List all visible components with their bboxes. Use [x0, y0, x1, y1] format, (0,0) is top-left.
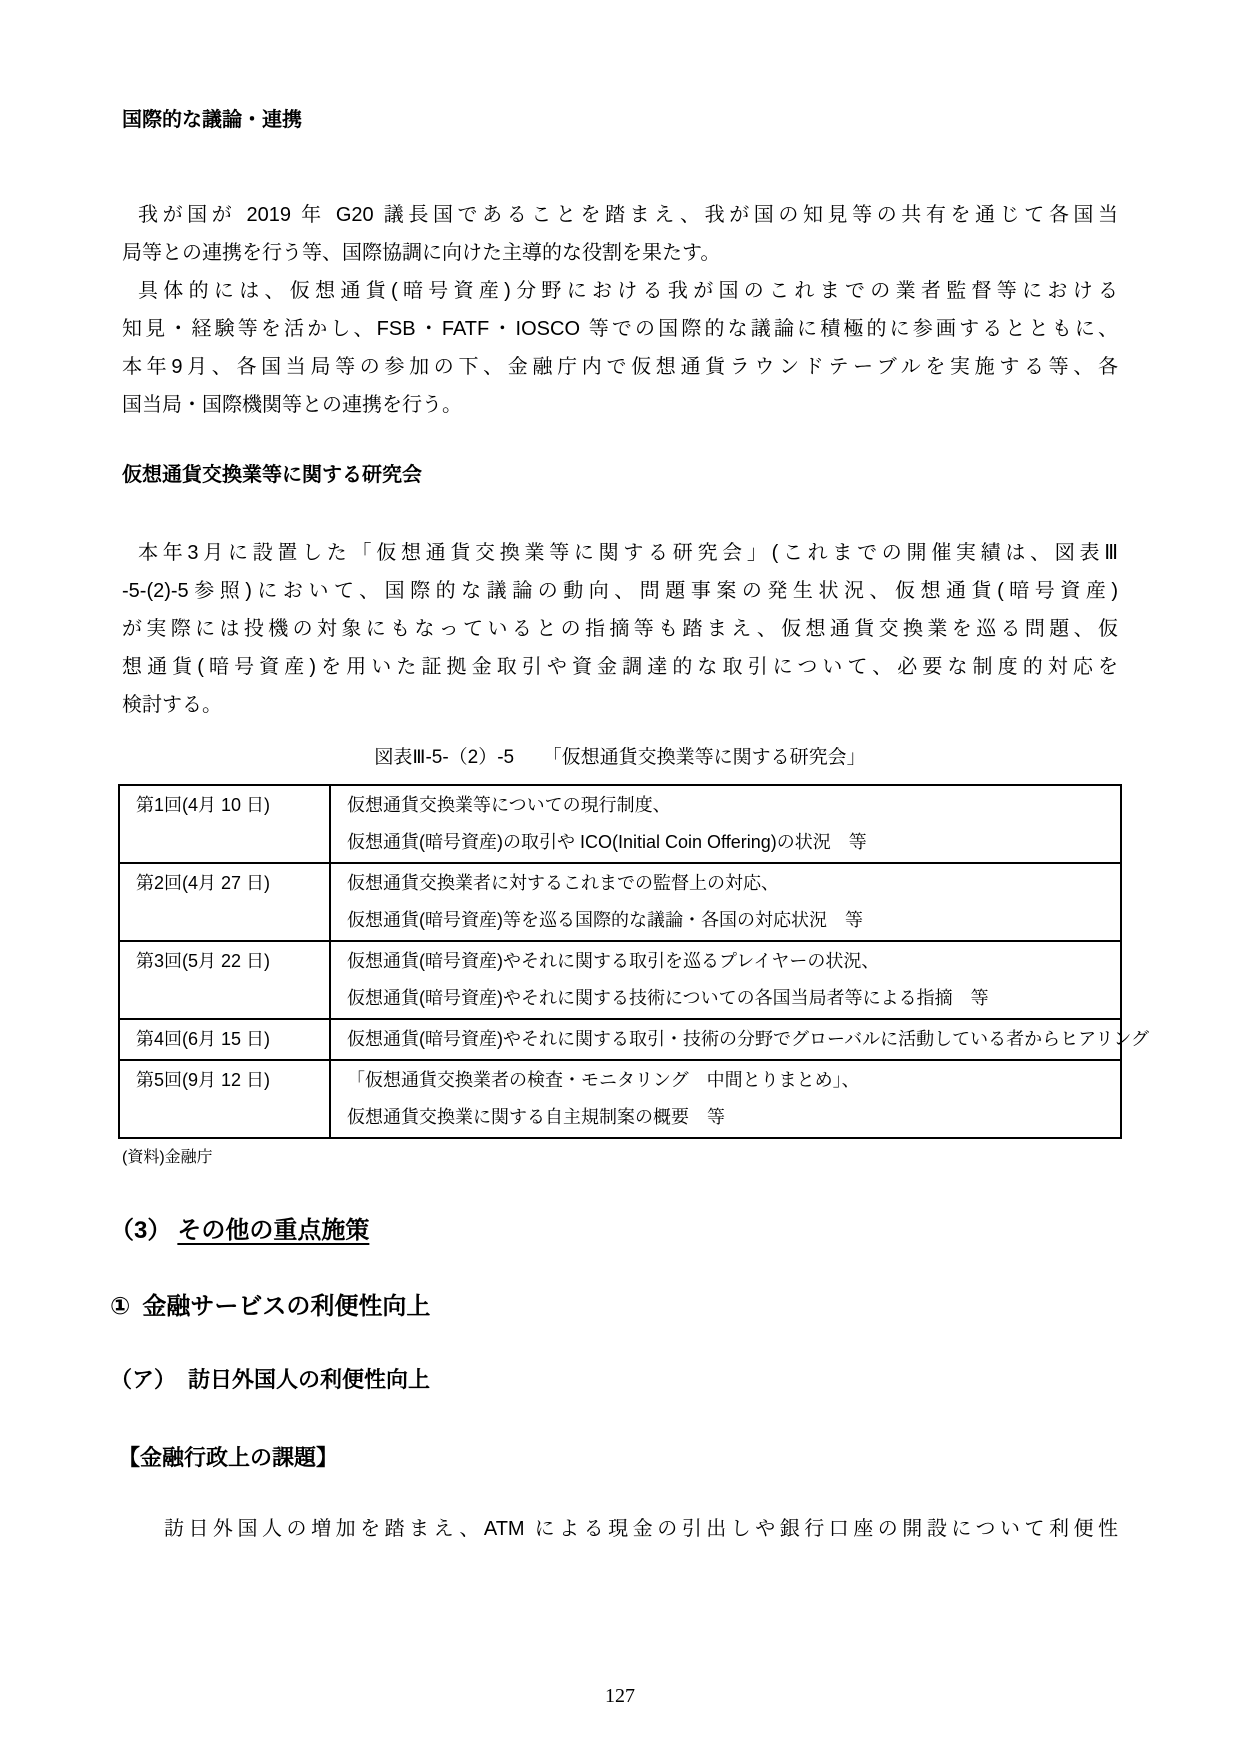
page-number: 127 [0, 1684, 1240, 1708]
session-cell: 第2回(4月 27 日) [119, 863, 330, 941]
table-row: 第1回(4月 10 日) 仮想通貨交換業等についての現行制度、 仮想通貨(暗号資… [119, 785, 1121, 863]
topic-line: 仮想通貨(暗号資産)の取引や ICO(Initial Coin Offering… [347, 824, 1104, 861]
session-label: 第4回(6月 15 日) [136, 1021, 313, 1058]
body-line: 検討する。 [122, 686, 1118, 724]
heading-international-discussion: 国際的な議論・連携 [122, 108, 1118, 132]
session-cell: 第3回(5月 22 日) [119, 941, 330, 1019]
figure-caption: 図表Ⅲ-5-（2）-5 「仮想通貨交換業等に関する研究会」 [122, 746, 1118, 770]
topic-line: 仮想通貨(暗号資産)等を巡る国際的な議論・各国の対応状況 等 [347, 902, 1104, 939]
heading-text: 訪日外国人の利便性向上 [188, 1367, 430, 1392]
heading-marker: （ア） [110, 1367, 176, 1392]
study-group-table: 第1回(4月 10 日) 仮想通貨交換業等についての現行制度、 仮想通貨(暗号資… [118, 784, 1122, 1139]
topic-line: 仮想通貨交換業に関する自主規制案の概要 等 [347, 1099, 1104, 1136]
session-label: 第5回(9月 12 日) [136, 1062, 313, 1099]
body-line: 本年9月、各国当局等の参加の下、金融庁内で仮想通貨ラウンドテーブルを実施する等、… [122, 348, 1118, 386]
topic-line: 仮想通貨(暗号資産)やそれに関する取引・技術の分野でグローバルに活動している者か… [347, 1021, 1104, 1058]
topic-cell: 仮想通貨交換業者に対するこれまでの監督上の対応、 仮想通貨(暗号資産)等を巡る国… [330, 863, 1121, 941]
heading-marker: （3） [110, 1217, 171, 1244]
body-line: 我が国が 2019 年 G20 議長国であることを踏まえ、我が国の知見等の共有を… [122, 196, 1118, 234]
paragraph-concrete-measures: 具体的には、仮想通貨(暗号資産)分野における我が国のこれまでの業者監督等における… [122, 272, 1118, 424]
session-label: 第1回(4月 10 日) [136, 787, 313, 824]
body-line: が実際には投機の対象にもなっているとの指摘等も踏まえ、仮想通貨交換業を巡る問題、… [122, 610, 1118, 648]
session-label: 第2回(4月 27 日) [136, 865, 313, 902]
body-line: 国当局・国際機関等との連携を行う。 [122, 386, 1118, 424]
table-row: 第5回(9月 12 日) 「仮想通貨交換業者の検査・モニタリング 中間とりまとめ… [119, 1060, 1121, 1138]
topic-line: 仮想通貨交換業者に対するこれまでの監督上の対応、 [347, 865, 1104, 902]
topic-cell: 仮想通貨(暗号資産)やそれに関する取引・技術の分野でグローバルに活動している者か… [330, 1019, 1121, 1060]
heading-text: その他の重点施策 [177, 1217, 369, 1244]
body-line: 具体的には、仮想通貨(暗号資産)分野における我が国のこれまでの業者監督等における [122, 272, 1118, 310]
topic-line: 「仮想通貨交換業者の検査・モニタリング 中間とりまとめ」、 [347, 1062, 1104, 1099]
table-row: 第3回(5月 22 日) 仮想通貨(暗号資産)やそれに関する取引を巡るプレイヤー… [119, 941, 1121, 1019]
topic-line: 仮想通貨交換業等についての現行制度、 [347, 787, 1104, 824]
paragraph-g20: 我が国が 2019 年 G20 議長国であることを踏まえ、我が国の知見等の共有を… [122, 196, 1118, 272]
page-content: 国際的な議論・連携 我が国が 2019 年 G20 議長国であることを踏まえ、我… [0, 0, 1240, 1548]
source-note: (資料)金融庁 [122, 1148, 1118, 1167]
body-line: -5-(2)-5参照)において、国際的な議論の動向、問題事案の発生状況、仮想通貨… [122, 572, 1118, 610]
topic-cell: 仮想通貨交換業等についての現行制度、 仮想通貨(暗号資産)の取引や ICO(In… [330, 785, 1121, 863]
heading-text: 金融サービスの利便性向上 [142, 1293, 430, 1320]
body-line: 想通貨(暗号資産)を用いた証拠金取引や資金調達的な取引について、必要な制度的対応… [122, 648, 1118, 686]
paragraph-study-group: 本年3月に設置した「仮想通貨交換業等に関する研究会」(これまでの開催実績は、図表… [122, 534, 1118, 724]
body-line: 訪日外国人の増加を踏まえ、ATM による現金の引出しや銀行口座の開設について利便… [122, 1510, 1118, 1548]
heading-foreign-visitors-convenience: （ア）訪日外国人の利便性向上 [110, 1366, 1118, 1394]
paragraph-atm: 訪日外国人の増加を踏まえ、ATM による現金の引出しや銀行口座の開設について利便… [122, 1510, 1118, 1548]
heading-administrative-challenges: 【金融行政上の課題】 [118, 1444, 1118, 1472]
body-line: 知見・経験等を活かし、FSB・FATF・IOSCO 等での国際的な議論に積極的に… [122, 310, 1118, 348]
topic-cell: 仮想通貨(暗号資産)やそれに関する取引を巡るプレイヤーの状況、 仮想通貨(暗号資… [330, 941, 1121, 1019]
topic-line: 仮想通貨(暗号資産)やそれに関する取引を巡るプレイヤーの状況、 [347, 943, 1104, 980]
session-cell: 第5回(9月 12 日) [119, 1060, 330, 1138]
heading-marker: ① [110, 1293, 130, 1320]
body-line: 本年3月に設置した「仮想通貨交換業等に関する研究会」(これまでの開催実績は、図表… [122, 534, 1118, 572]
session-label: 第3回(5月 22 日) [136, 943, 313, 980]
heading-financial-services-convenience: ①金融サービスの利便性向上 [110, 1292, 1118, 1322]
table-row: 第4回(6月 15 日) 仮想通貨(暗号資産)やそれに関する取引・技術の分野でグ… [119, 1019, 1121, 1060]
session-cell: 第1回(4月 10 日) [119, 785, 330, 863]
topic-cell: 「仮想通貨交換業者の検査・モニタリング 中間とりまとめ」、 仮想通貨交換業に関す… [330, 1060, 1121, 1138]
heading-other-priority-measures: （3）その他の重点施策 [110, 1216, 1118, 1246]
body-line: 局等との連携を行う等、国際協調に向けた主導的な役割を果たす。 [122, 234, 1118, 272]
table-row: 第2回(4月 27 日) 仮想通貨交換業者に対するこれまでの監督上の対応、 仮想… [119, 863, 1121, 941]
heading-study-group: 仮想通貨交換業等に関する研究会 [122, 462, 1118, 488]
session-cell: 第4回(6月 15 日) [119, 1019, 330, 1060]
topic-line: 仮想通貨(暗号資産)やそれに関する技術についての各国当局者等による指摘 等 [347, 980, 1104, 1017]
